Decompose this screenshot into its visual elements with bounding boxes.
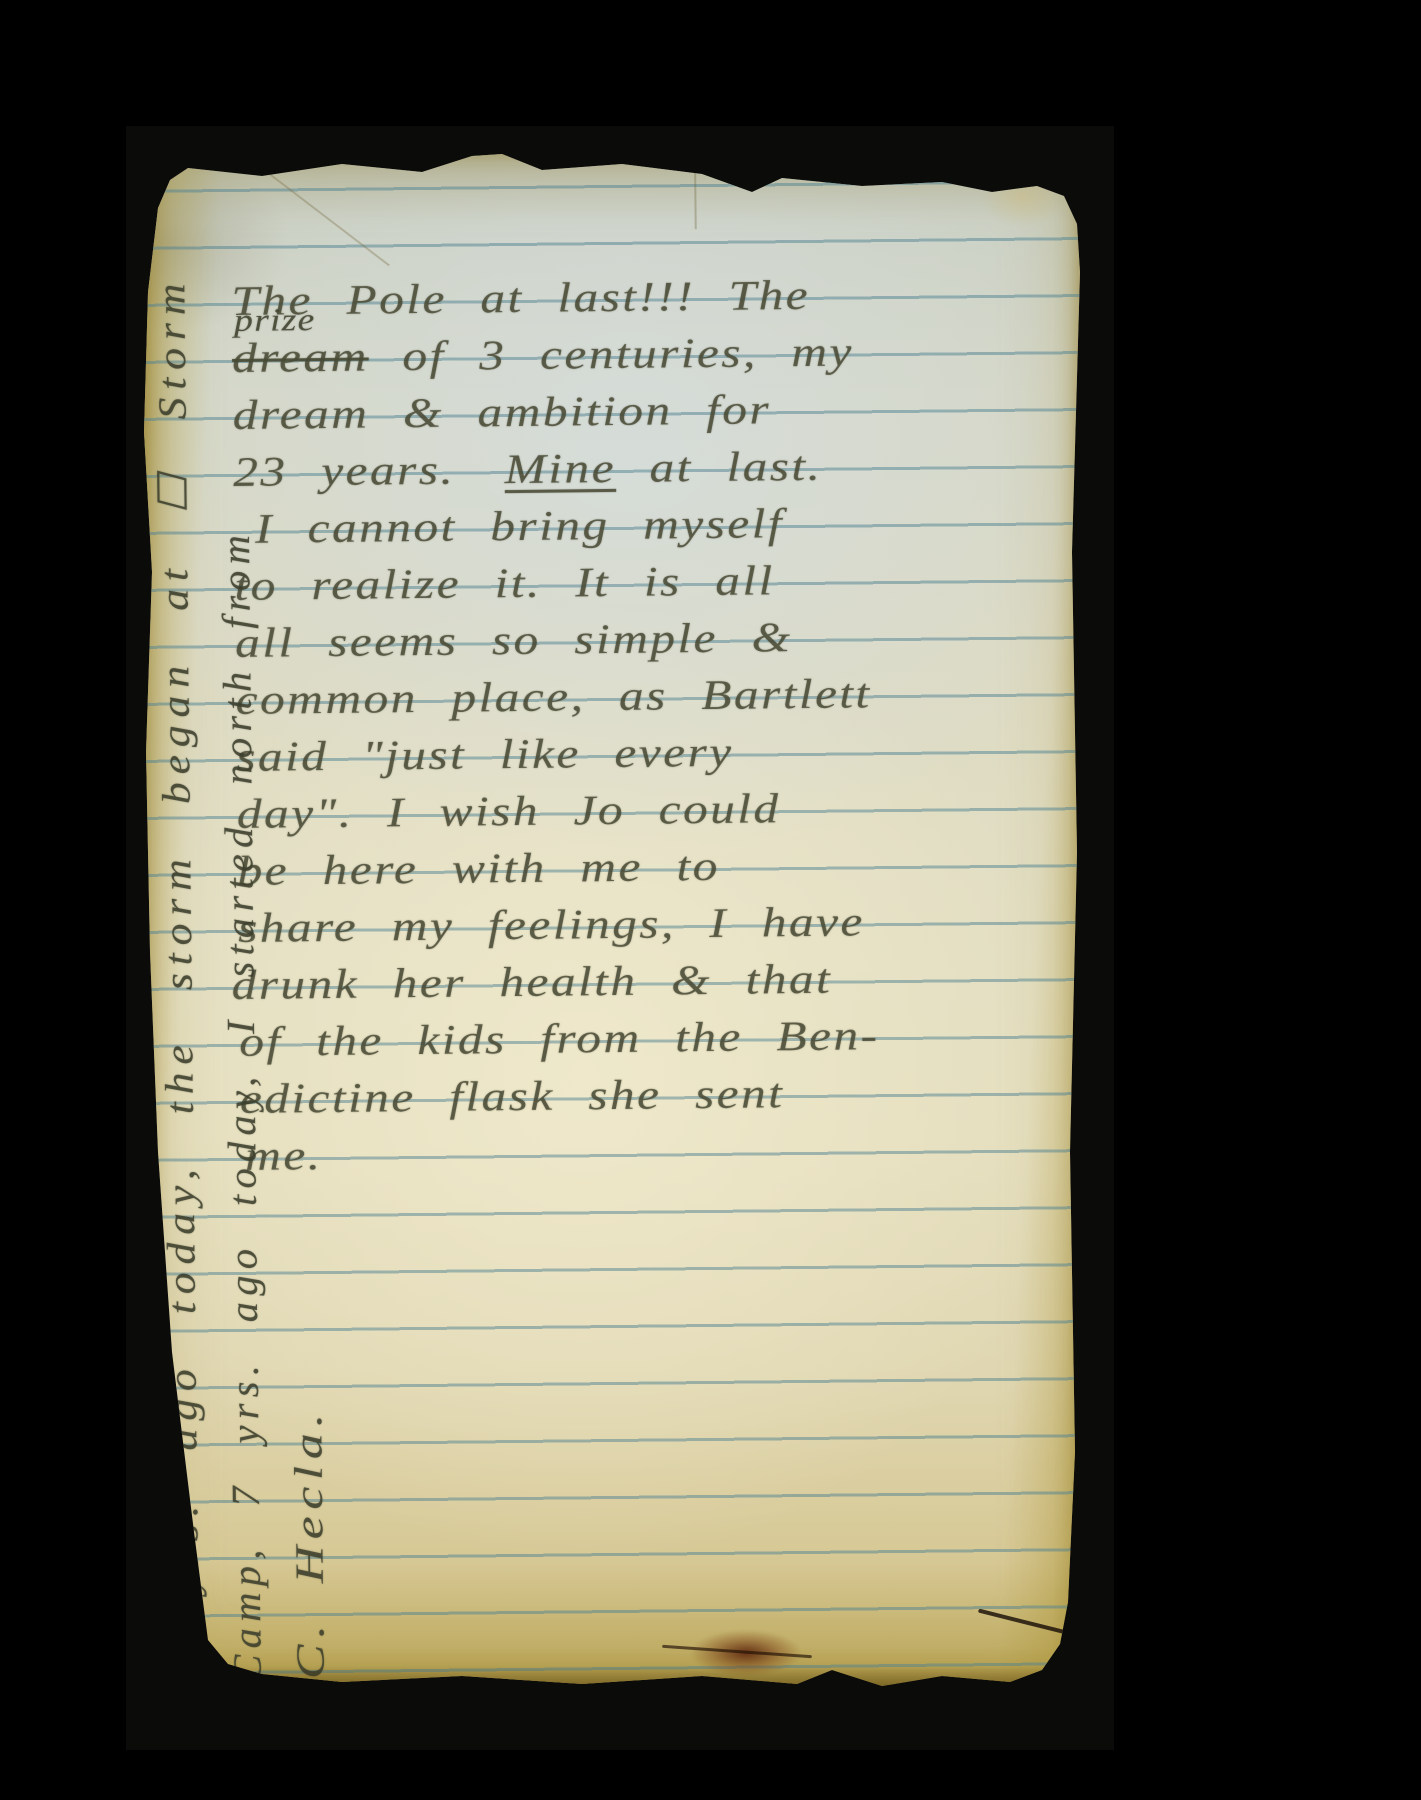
handwriting-line: I cannot bring myself (255, 493, 1084, 559)
correction-wrap: prizedream (232, 330, 369, 388)
handwriting-line: be here with me to (237, 835, 1087, 901)
underlined-word: Mine (504, 446, 616, 493)
margin-note-hecla: C. Hecla. (280, 1407, 339, 1680)
handwriting-line: dream & ambition for (232, 379, 1082, 445)
handwriting-line: me. (245, 1120, 1090, 1186)
handwriting-line: to realize it. It is all (234, 550, 1084, 616)
handwriting-line: share my feelings, I have (238, 892, 1088, 958)
handwriting-line: The Pole at last!!! The (231, 265, 1081, 331)
handwriting-line: all seems so simple & (235, 607, 1085, 673)
handwriting-text: of 3 centuries, my (368, 329, 854, 380)
handwriting-line: day". I wish Jo could (237, 778, 1087, 844)
handwriting-line: edictine flask she sent (240, 1063, 1090, 1129)
handwriting-line: drunk her health & that (231, 949, 1088, 1015)
inserted-word: prize (234, 303, 316, 336)
handwriting-text: 23 years. (233, 448, 455, 496)
diary-page: The Pole at last!!! The prizedream of 3 … (142, 152, 1082, 1692)
handwriting-line: common place, as Bartlett (235, 664, 1085, 730)
handwriting-block: The Pole at last!!! The prizedream of 3 … (231, 265, 1090, 1186)
photo-frame: The Pole at last!!! The prizedream of 3 … (0, 0, 1421, 1800)
handwriting-text: at last. (616, 444, 823, 492)
handwriting-line: 23 years.Mine at last. (233, 436, 1083, 502)
struck-word: dream (232, 335, 369, 382)
handwriting-line: said "just like every (236, 721, 1086, 787)
page-inner: The Pole at last!!! The prizedream of 3 … (134, 147, 1090, 1697)
handwriting-line: prizedream of 3 centuries, my (232, 322, 1082, 388)
handwriting-line: of the kids from the Ben- (239, 1006, 1089, 1072)
